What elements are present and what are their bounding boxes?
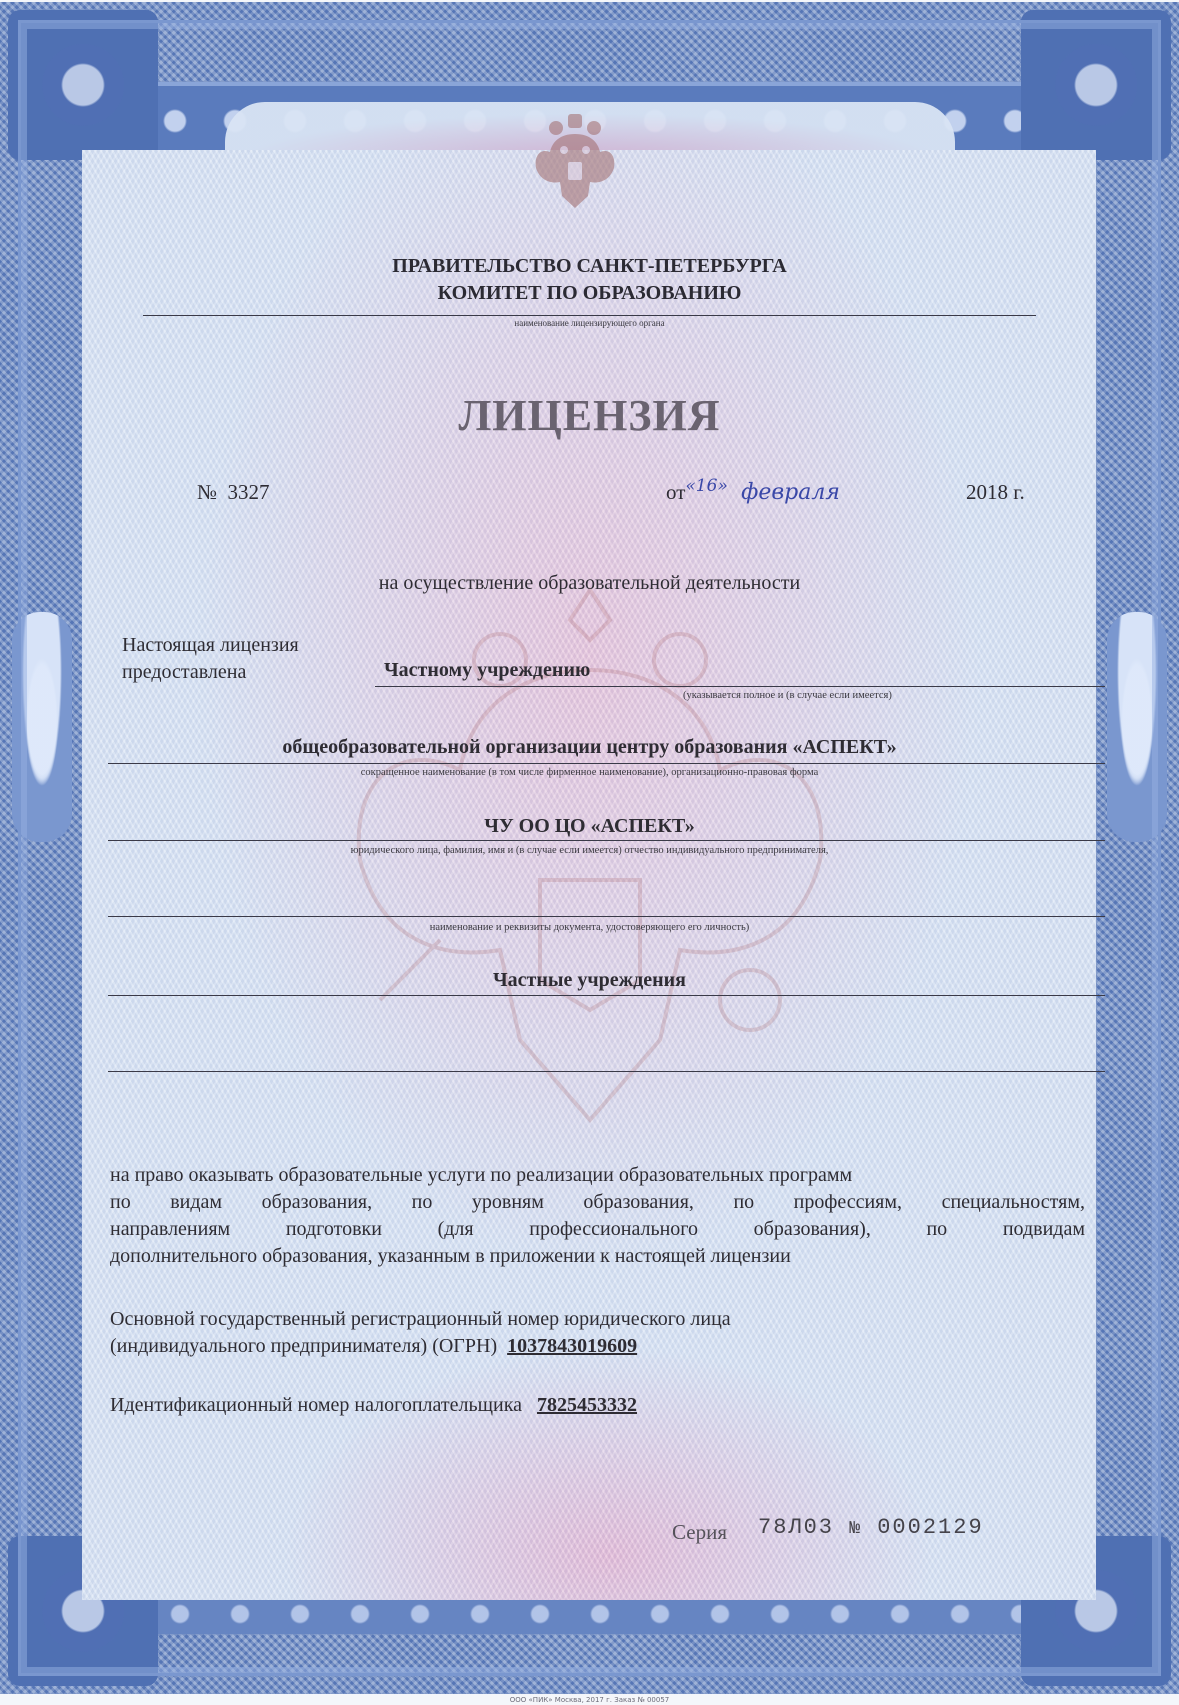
licensee-rule-6 — [108, 1071, 1105, 1072]
authority-line-2: КОМИТЕТ ПО ОБРАЗОВАНИЮ — [0, 280, 1179, 307]
rights-line-3: направлениям подготовки (для профессиона… — [110, 1216, 1085, 1243]
license-number-row: № 3327 — [197, 480, 270, 505]
inn-label: Идентификационный номер налогоплательщик… — [110, 1394, 522, 1416]
ogrn-row: (индивидуального предпринимателя) (ОГРН)… — [110, 1333, 637, 1360]
license-purpose: на осуществление образовательной деятель… — [0, 570, 1179, 597]
date-month: февраля — [741, 480, 840, 505]
date-day: «16» — [685, 476, 727, 496]
caption-identity-document: наименование и реквизиты документа, удос… — [0, 922, 1179, 933]
series-code: 78Л03 — [758, 1515, 834, 1540]
licensee-name-line-2: общеобразовательной организации центру о… — [0, 736, 1179, 759]
ogrn-value: 1037843019609 — [507, 1335, 637, 1357]
date-prefix: от — [666, 480, 685, 504]
ogrn-label-line-2: (индивидуального предпринимателя) (ОГРН) — [110, 1335, 497, 1357]
rights-line-4: дополнительного образования, указанным в… — [110, 1243, 791, 1270]
inn-row: Идентификационный номер налогоплательщик… — [110, 1392, 637, 1419]
licensee-rule-5 — [108, 995, 1105, 996]
authority-rule — [143, 315, 1036, 316]
date-year: 2018 г. — [966, 480, 1025, 505]
caption-legal-entity: юридического лица, фамилия, имя и (в слу… — [0, 845, 1179, 856]
document-title: ЛИЦЕНЗИЯ — [0, 390, 1179, 441]
legal-form: Частные учреждения — [0, 969, 1179, 992]
series-number-sign: № — [849, 1519, 862, 1539]
granted-label-line-2: предоставлена — [122, 659, 246, 686]
rights-line-2: по видам образования, по уровням образов… — [110, 1189, 1085, 1216]
granted-label-line-1: Настоящая лицензия — [122, 632, 299, 659]
ogrn-label-line-1: Основной государственный регистрационный… — [110, 1306, 731, 1333]
printer-imprint: ООО «ПИК» Москва, 2017 г. Заказ № 00057 — [0, 1696, 1179, 1704]
licensee-name-line-1: Частному учреждению — [384, 659, 590, 682]
number-sign: № — [197, 480, 217, 504]
licensee-rule-3 — [108, 840, 1105, 841]
caption-short-name: сокращенное наименование (в том числе фи… — [0, 767, 1179, 778]
authority-line-1: ПРАВИТЕЛЬСТВО САНКТ-ПЕТЕРБУРГА — [0, 253, 1179, 280]
licensee-short-name: ЧУ ОО ЦО «АСПЕКТ» — [0, 815, 1179, 838]
licensee-rule-2 — [108, 763, 1105, 764]
caption-full-name: (указывается полное и (в случае если име… — [683, 690, 892, 701]
licensee-rule-1 — [375, 686, 1105, 687]
rights-line-1: на право оказывать образовательные услуг… — [110, 1162, 852, 1189]
license-number: 3327 — [228, 480, 270, 504]
licensee-rule-4 — [108, 916, 1105, 917]
series-number: 0002129 — [877, 1515, 983, 1540]
authority-caption: наименование лицензирующего органа — [0, 318, 1179, 328]
coat-of-arms-icon — [530, 112, 620, 212]
license-date: от«16» февраля — [666, 480, 840, 505]
inn-value: 7825453332 — [537, 1394, 637, 1416]
series-label: Серия — [672, 1520, 727, 1545]
issuing-authority: ПРАВИТЕЛЬСТВО САНКТ-ПЕТЕРБУРГА КОМИТЕТ П… — [0, 253, 1179, 307]
series-row: 78Л03 № 0002129 — [758, 1515, 984, 1540]
